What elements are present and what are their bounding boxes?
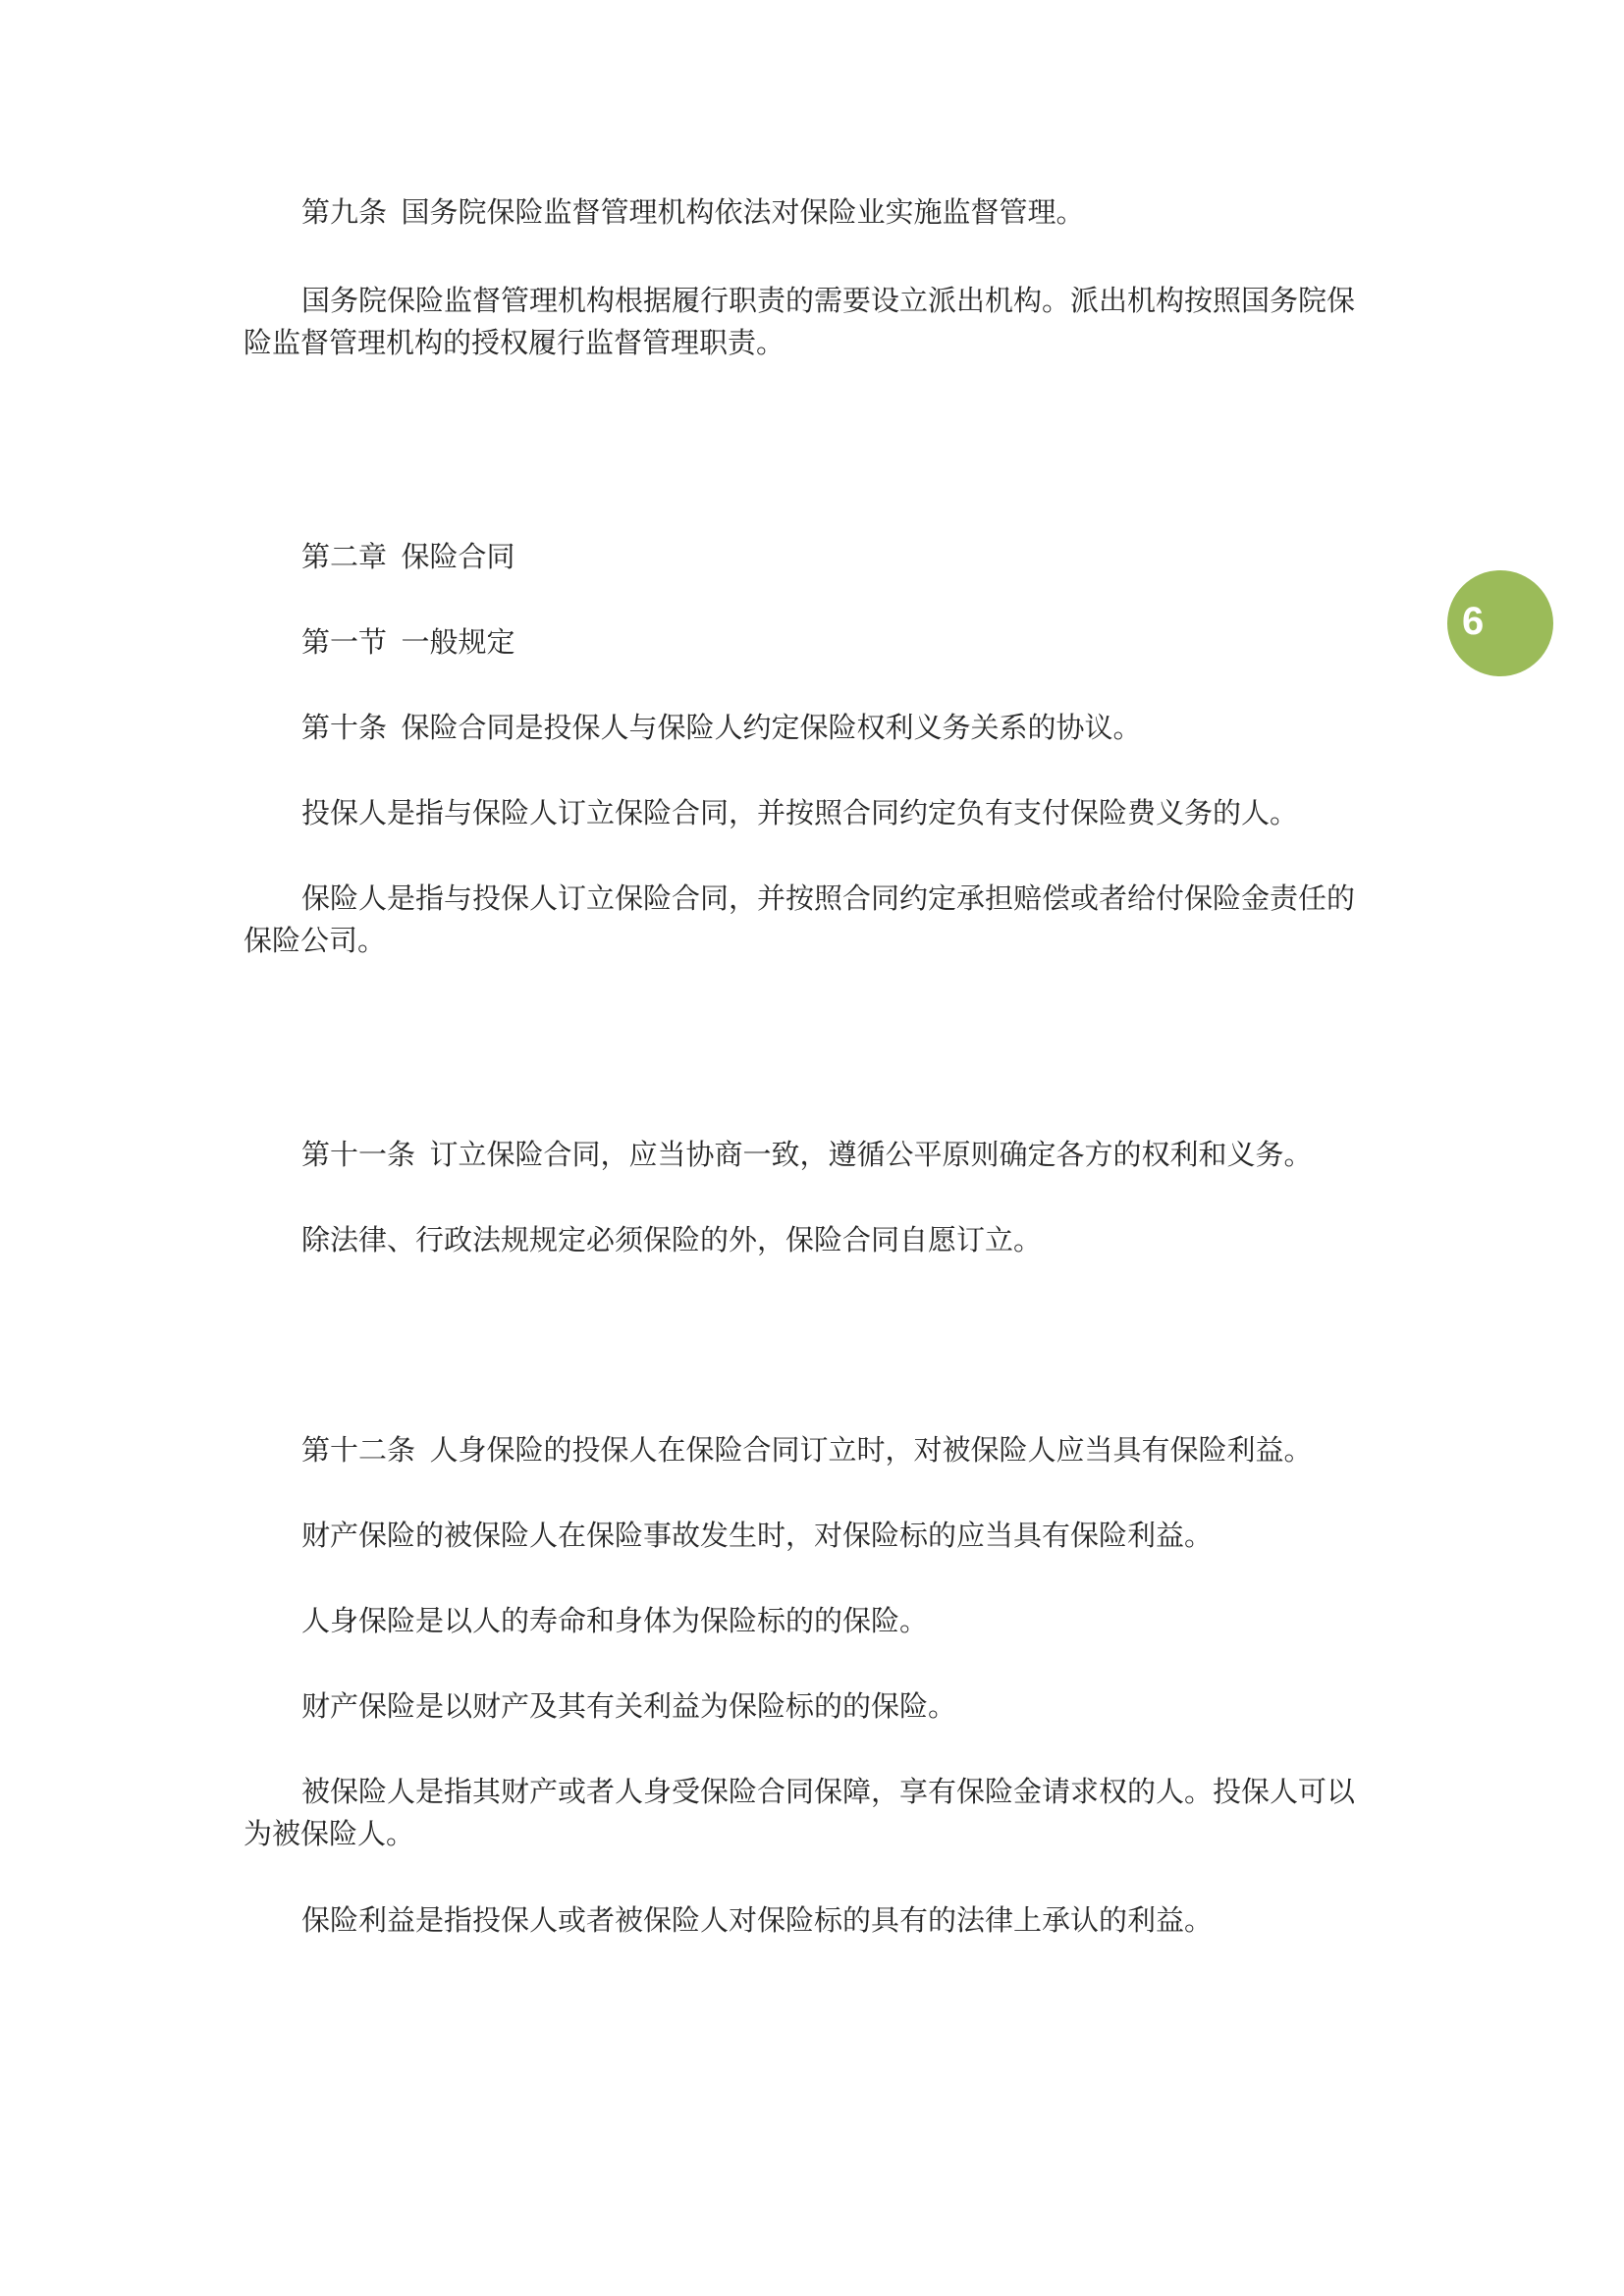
article-9-para-2-line-1: 国务院保险监督管理机构根据履行职责的需要设立派出机构。派出机构按照国务院保 — [301, 284, 1355, 319]
page-number-text: 6 — [1462, 602, 1484, 641]
article-9-para-2-line-2: 险监督管理机构的授权履行监督管理职责。 — [244, 326, 785, 361]
chapter-2-heading: 第二章 保险合同 — [301, 540, 515, 575]
article-12-line-1: 第十二条 人身保险的投保人在保险合同订立时，对被保险人应当具有保险利益。 — [301, 1433, 1313, 1468]
article-12-para-5-line-2: 为被保险人。 — [244, 1817, 414, 1852]
article-11-para-2: 除法律、行政法规规定必须保险的外，保险合同自愿订立。 — [301, 1223, 1042, 1258]
section-1-heading: 第一节 一般规定 — [301, 625, 515, 661]
article-12-para-6: 保险利益是指投保人或者被保险人对保险标的具有的法律上承认的利益。 — [301, 1903, 1213, 1939]
article-12-para-2: 财产保险的被保险人在保险事故发生时，对保险标的应当具有保险利益。 — [301, 1519, 1213, 1554]
article-10-line-1: 第十条 保险合同是投保人与保险人约定保险权利义务关系的协议。 — [301, 711, 1142, 746]
article-12-para-4: 财产保险是以财产及其有关利益为保险标的的保险。 — [301, 1689, 956, 1725]
article-11-line-1: 第十一条 订立保险合同，应当协商一致，遵循公平原则确定各方的权利和义务。 — [301, 1138, 1313, 1173]
article-10-para-2: 投保人是指与保险人订立保险合同，并按照合同约定负有支付保险费义务的人。 — [301, 796, 1298, 831]
article-12-para-5-line-1: 被保险人是指其财产或者人身受保险合同保障，享有保险金请求权的人。投保人可以 — [301, 1775, 1355, 1810]
article-10-para-3-line-1: 保险人是指与投保人订立保险合同，并按照合同约定承担赔偿或者给付保险金责任的 — [301, 881, 1355, 917]
article-10-para-3-line-2: 保险公司。 — [244, 924, 386, 959]
page-number-badge: 6 — [1447, 570, 1553, 676]
article-9-line-1: 第九条 国务院保险监督管理机构依法对保险业实施监督管理。 — [301, 195, 1085, 231]
article-12-para-3: 人身保险是以人的寿命和身体为保险标的的保险。 — [301, 1604, 928, 1639]
document-page: 第九条 国务院保险监督管理机构依法对保险业实施监督管理。 国务院保险监督管理机构… — [0, 0, 1624, 2296]
